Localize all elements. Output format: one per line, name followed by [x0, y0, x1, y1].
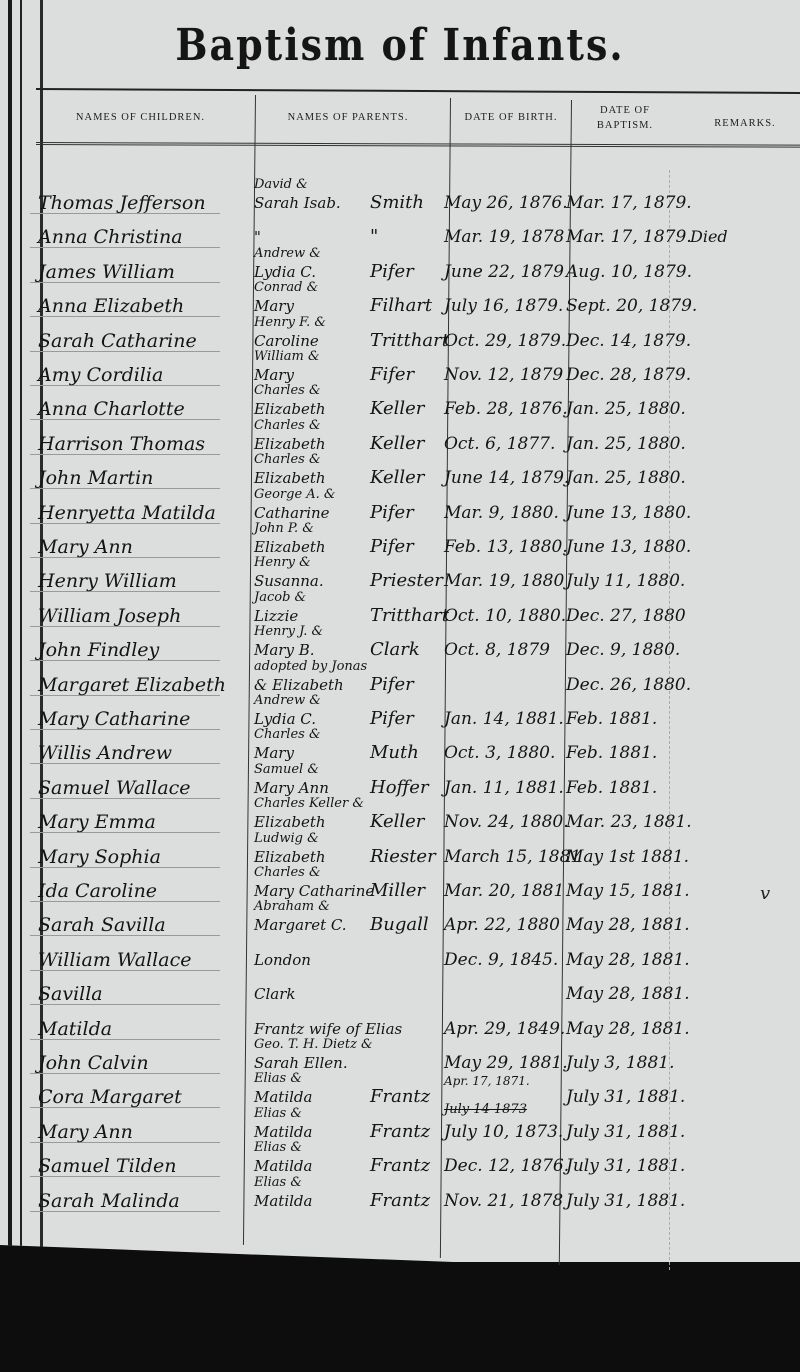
child-name: James William — [38, 261, 175, 283]
date-of-birth: May 26, 1876. — [444, 193, 568, 213]
child-name: Anna Charlotte — [38, 398, 185, 420]
column-header-birth: DATE OF BIRTH. — [452, 110, 570, 125]
margin-check-mark: v — [760, 883, 770, 904]
parent-surname: Muth — [370, 742, 419, 763]
child-name: Harrison Thomas — [38, 433, 205, 455]
child-name: Anna Christina — [38, 226, 183, 248]
date-of-birth: Feb. 28, 1876. — [444, 399, 568, 419]
child-name: Willis Andrew — [38, 742, 172, 764]
date-of-birth: Jan. 14, 1881. — [444, 709, 564, 729]
parent-first: Charles Keller & — [254, 796, 364, 811]
date-of-baptism: May 1st 1881. — [566, 847, 689, 867]
date-of-baptism: Dec. 14, 1879. — [566, 331, 691, 351]
parent-first: Charles & — [254, 727, 321, 742]
register-row: Mary Catharine Andrew & Lydia C. Pifer J… — [0, 696, 800, 730]
date-of-baptism: July 31, 1881. — [566, 1122, 685, 1142]
date-of-baptism: July 31, 1881. — [566, 1156, 685, 1176]
parent-surname: Keller — [370, 433, 424, 454]
parent-second: Sarah Isab. — [254, 194, 341, 212]
parent-second: & Elizabeth — [254, 676, 344, 694]
parent-second: Mary B. — [254, 641, 315, 659]
register-row: Thomas Jefferson David & Sarah Isab. Smi… — [0, 180, 800, 214]
register-row: Matilda Frantz wife of Elias Apr. 29, 18… — [0, 1006, 800, 1040]
child-name: Margaret Elizabeth — [38, 674, 226, 696]
date-of-baptism: May 28, 1881. — [566, 950, 690, 970]
date-of-baptism: Dec. 27, 1880 — [566, 606, 686, 626]
parent-surname: Frantz — [370, 1155, 430, 1176]
parent-first: David & — [254, 177, 308, 192]
parent-surname: Frantz — [370, 1190, 430, 1211]
parent-first: Andrew & — [254, 693, 321, 708]
register-row: William Wallace London Dec. 9, 1845. May… — [0, 937, 800, 971]
date-of-birth: July 16, 1879. — [444, 296, 563, 316]
register-row: Anna Elizabeth Conrad & Mary Filhart Jul… — [0, 283, 800, 317]
parent-second: Elizabeth — [254, 813, 326, 831]
parent-surname: Hoffer — [370, 777, 429, 798]
parent-first: adopted by Jonas — [254, 659, 367, 674]
parent-first: Henry J. & — [254, 624, 323, 639]
parent-first: Ludwig & — [254, 831, 319, 846]
date-of-birth: Mar. 19, 1880 — [444, 571, 564, 591]
parent-surname: Keller — [370, 467, 424, 488]
child-name: Henry William — [38, 570, 177, 592]
register-row: Cora Margaret Elias & Matilda Frantz Apr… — [0, 1074, 800, 1108]
date-of-baptism: Dec. 28, 1879. — [566, 365, 691, 385]
remarks: Died — [690, 227, 728, 246]
parent-second: Caroline — [254, 332, 319, 350]
register-row: Samuel Tilden Elias & Matilda Frantz Dec… — [0, 1143, 800, 1177]
date-of-birth: Nov. 12, 1879 — [444, 365, 563, 385]
register-row: Henryetta Matilda George A. & Catharine … — [0, 490, 800, 524]
child-name: Savilla — [38, 983, 103, 1005]
child-name: Mary Catharine — [38, 708, 190, 730]
date-of-birth: Oct. 3, 1880. — [444, 743, 555, 763]
date-of-birth: Dec. 12, 1876. — [444, 1156, 569, 1176]
parent-second: Mary — [254, 744, 294, 762]
date-of-baptism: Aug. 10, 1879. — [566, 262, 692, 282]
date-of-baptism: Jan. 25, 1880. — [566, 434, 686, 454]
register-row: Samuel Wallace Samuel & Mary Ann Hoffer … — [0, 765, 800, 799]
date-of-baptism: July 31, 1881. — [566, 1087, 685, 1107]
date-of-baptism: Jan. 25, 1880. — [566, 468, 686, 488]
register-row: Mary Emma Charles Keller & Elizabeth Kel… — [0, 799, 800, 833]
column-header-baptism: DATE OF BAPTISM. — [575, 103, 675, 133]
parent-first: Elias & — [254, 1175, 302, 1190]
child-name: Amy Cordilia — [38, 364, 163, 386]
register-row: Sarah Savilla Abraham & Margaret C. Buga… — [0, 902, 800, 936]
parent-first: Andrew & — [254, 246, 321, 261]
child-name: William Wallace — [38, 949, 191, 971]
parent-second: Matilda — [254, 1088, 312, 1106]
parent-second: Frantz wife of Elias — [254, 1020, 402, 1038]
register-row: Ida Caroline Charles & Mary Catharine Mi… — [0, 868, 800, 902]
parent-surname: Priester — [370, 570, 443, 591]
parent-surname: Smith — [370, 192, 424, 213]
register-row: Mary Sophia Ludwig & Elizabeth Riester M… — [0, 834, 800, 868]
register-row: John Findley Henry J. & Mary B. Clark Oc… — [0, 627, 800, 661]
date-of-birth: Mar. 9, 1880. — [444, 503, 559, 523]
register-row: Harrison Thomas Charles & Elizabeth Kell… — [0, 421, 800, 455]
register-row: Willis Andrew Charles & Mary Muth Oct. 3… — [0, 730, 800, 764]
column-header-parents: NAMES OF PARENTS. — [258, 110, 438, 125]
date-of-birth: Nov. 21, 1878 — [444, 1191, 563, 1211]
date-of-baptism: June 13, 1880. — [566, 537, 691, 557]
parent-second: Mary — [254, 366, 294, 384]
parent-first: William & — [254, 349, 320, 364]
date-of-baptism: Mar. 17, 1879. — [566, 193, 692, 213]
child-name: Henryetta Matilda — [38, 502, 216, 524]
date-of-birth: Mar. 20, 1881 — [444, 881, 564, 901]
parent-surname: Pifer — [370, 502, 414, 523]
parent-second: Elizabeth — [254, 538, 326, 556]
register-row: Henry William Henry & Susanna. Priester … — [0, 558, 800, 592]
child-name: Mary Ann — [38, 536, 133, 558]
parent-second: Lizzie — [254, 607, 298, 625]
parent-first: Abraham & — [254, 899, 330, 914]
date-of-birth: Oct. 10, 1880. — [444, 606, 566, 626]
parent-surname: Pifer — [370, 708, 414, 729]
parent-surname: Pifer — [370, 674, 414, 695]
date-of-baptism: Mar. 17, 1879. — [566, 227, 692, 247]
date-of-birth: Apr. 22, 1880 — [444, 915, 560, 935]
date-of-birth: Oct. 29, 1879. — [444, 331, 566, 351]
parent-second: Matilda — [254, 1157, 312, 1175]
parent-first: Charles & — [254, 418, 321, 433]
register-row: Sarah Malinda Elias & Matilda Frantz Nov… — [0, 1178, 800, 1212]
parent-surname: Miller — [370, 880, 425, 901]
date-of-baptism: Feb. 1881. — [566, 709, 657, 729]
parent-second: Elizabeth — [254, 469, 326, 487]
child-name: Samuel Tilden — [38, 1155, 176, 1177]
parent-surname: Fifer — [370, 364, 414, 385]
parent-first: George A. & — [254, 487, 336, 502]
child-name: John Findley — [38, 639, 159, 661]
date-of-birth: Apr. 17, 1871. — [444, 1074, 530, 1088]
date-of-baptism: Dec. 9, 1880. — [566, 640, 680, 660]
register-row: Amy Cordilia William & Mary Fifer Nov. 1… — [0, 352, 800, 386]
parent-surname: Tritthart — [370, 330, 449, 351]
parent-surname: Frantz — [370, 1086, 430, 1107]
date-of-birth: Nov. 24, 1880. — [444, 812, 569, 832]
parent-first: Samuel & — [254, 762, 319, 777]
parent-first: Elias & — [254, 1106, 302, 1121]
date-of-birth: Mar. 19, 1878 — [444, 227, 564, 247]
child-name: Sarah Malinda — [38, 1190, 180, 1212]
date-of-baptism: July 3, 1881. — [566, 1053, 675, 1073]
register-row: Anna Christina " " Mar. 19, 1878 Mar. 17… — [0, 214, 800, 248]
child-name: Anna Elizabeth — [38, 295, 184, 317]
child-name: Matilda — [38, 1018, 112, 1040]
date-of-birth: Feb. 13, 1880. — [444, 537, 568, 557]
parent-first: Charles & — [254, 383, 321, 398]
child-name: Sarah Catharine — [38, 330, 197, 352]
parent-surname: Pifer — [370, 261, 414, 282]
date-of-birth: Apr. 29, 1849. — [444, 1019, 565, 1039]
date-of-birth: July 10, 1873. — [444, 1122, 563, 1142]
date-of-baptism: May 28, 1881. — [566, 1019, 690, 1039]
parent-first: Elias & — [254, 1071, 302, 1086]
parent-surname: Bugall — [370, 914, 429, 935]
child-name: William Joseph — [38, 605, 181, 627]
register-row: Mary Ann John P. & Elizabeth Pifer Feb. … — [0, 524, 800, 558]
register-row: Margaret Elizabeth adopted by Jonas & El… — [0, 662, 800, 696]
parent-surname: Clark — [370, 639, 420, 660]
parent-first: Henry & — [254, 555, 311, 570]
parent-first: Charles & — [254, 452, 321, 467]
date-of-birth: June 14, 1879. — [444, 468, 569, 488]
parent-second: Mary — [254, 297, 294, 315]
parent-surname: Keller — [370, 811, 424, 832]
date-of-baptism: Feb. 1881. — [566, 778, 657, 798]
date-of-birth: Oct. 6, 1877. — [444, 434, 555, 454]
date-of-baptism: July 11, 1880. — [566, 571, 685, 591]
register-row: John Martin Charles & Elizabeth Keller J… — [0, 455, 800, 489]
child-name: John Martin — [38, 467, 153, 489]
register-page: Baptism of Infants. NAMES OF CHILDREN. N… — [0, 0, 800, 1262]
child-name: Mary Sophia — [38, 846, 161, 868]
parent-surname: Riester — [370, 846, 436, 867]
date-of-birth: June 22, 1879 — [444, 262, 564, 282]
parent-first: Geo. T. H. Dietz & — [254, 1037, 373, 1052]
column-header-children: NAMES OF CHILDREN. — [48, 110, 233, 125]
parent-second: Matilda — [254, 1192, 312, 1210]
parent-second: Mary Ann — [254, 779, 329, 797]
parent-second: Lydia C. — [254, 710, 316, 728]
date-of-birth: Oct. 8, 1879 — [444, 640, 550, 660]
date-of-baptism: July 31, 1881. — [566, 1191, 685, 1211]
parent-second: Matilda — [254, 1123, 312, 1141]
child-name: Ida Caroline — [38, 880, 157, 902]
register-row: Mary Ann Elias & Matilda Frantz July 10,… — [0, 1109, 800, 1143]
parent-surname: Keller — [370, 398, 424, 419]
child-name: John Calvin — [38, 1052, 149, 1074]
header-rule — [36, 142, 800, 148]
parent-second: " — [254, 228, 261, 246]
parent-surname: " — [370, 226, 378, 247]
parent-second: Margaret C. — [254, 916, 347, 934]
parent-second: Clark — [254, 985, 295, 1003]
date-of-birth: Jan. 11, 1881. — [444, 778, 564, 798]
register-row: William Joseph Jacob & Lizzie Tritthart … — [0, 593, 800, 627]
column-header-remarks: REMARKS. — [690, 116, 800, 131]
parent-second: Sarah Ellen. — [254, 1054, 348, 1072]
register-row: Savilla Clark May 28, 1881. — [0, 971, 800, 1005]
date-of-baptism: May 28, 1881. — [566, 984, 690, 1004]
parent-second: Elizabeth — [254, 400, 326, 418]
register-row: James William Andrew & Lydia C. Pifer Ju… — [0, 249, 800, 283]
parent-first: Henry F. & — [254, 315, 326, 330]
parent-second: London — [254, 951, 311, 969]
date-of-baptism: June 13, 1880. — [566, 503, 691, 523]
parent-first: John P. & — [254, 521, 314, 536]
parent-first: Conrad & — [254, 280, 318, 295]
parent-second: Elizabeth — [254, 848, 326, 866]
register-row: Sarah Catharine Henry F. & Caroline Trit… — [0, 318, 800, 352]
date-of-baptism: Dec. 26, 1880. — [566, 675, 691, 695]
child-name: Thomas Jefferson — [38, 192, 206, 214]
child-name: Cora Margaret — [38, 1086, 182, 1108]
parent-first: Elias & — [254, 1140, 302, 1155]
child-name: Mary Emma — [38, 811, 156, 833]
date-of-birth: May 29, 1881. — [444, 1053, 568, 1073]
parent-surname: Tritthart — [370, 605, 449, 626]
date-of-baptism: Sept. 20, 1879. — [566, 296, 697, 316]
page-title: Baptism of Infants. — [0, 19, 800, 71]
parent-first: Jacob & — [254, 590, 306, 605]
parent-second: Catharine — [254, 504, 330, 522]
parent-surname: Filhart — [370, 295, 432, 316]
date-of-birth: March 15, 1881 — [444, 847, 581, 867]
parent-second: Elizabeth — [254, 435, 326, 453]
header-rule — [36, 88, 800, 94]
child-name: Sarah Savilla — [38, 914, 166, 936]
date-of-baptism: May 28, 1881. — [566, 915, 690, 935]
parent-surname: Pifer — [370, 536, 414, 557]
parent-surname: Frantz — [370, 1121, 430, 1142]
register-row: John Calvin Geo. T. H. Dietz & Sarah Ell… — [0, 1040, 800, 1074]
parent-second: Mary Catharine — [254, 882, 374, 900]
parent-first: Charles & — [254, 865, 321, 880]
date-of-baptism: Feb. 1881. — [566, 743, 657, 763]
register-row: Anna Charlotte Charles & Elizabeth Kelle… — [0, 386, 800, 420]
parent-second: Lydia C. — [254, 263, 316, 281]
date-of-baptism: May 15, 1881. — [566, 881, 690, 901]
date-of-baptism: Mar. 23, 1881. — [566, 812, 692, 832]
parent-second: Susanna. — [254, 572, 324, 590]
date-of-baptism: Jan. 25, 1880. — [566, 399, 686, 419]
date-of-birth: Dec. 9, 1845. — [444, 950, 558, 970]
child-name: Mary Ann — [38, 1121, 133, 1143]
child-name: Samuel Wallace — [38, 777, 191, 799]
